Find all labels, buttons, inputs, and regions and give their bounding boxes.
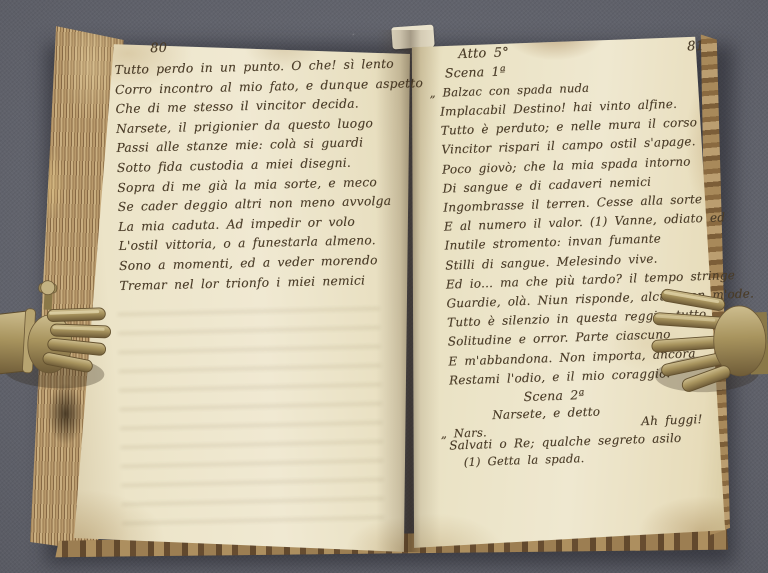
- brass-hand-page-holder-left-icon: [0, 275, 115, 407]
- ink-bleed-through: [118, 307, 385, 525]
- photo-open-manuscript-book: 80 Tutto perdo in un punto. O che! sì le…: [0, 0, 768, 573]
- page-number: 80: [150, 35, 410, 56]
- brass-hand-page-holder-right-icon: [648, 284, 768, 412]
- exclamation-line: Ah fuggi!: [641, 412, 703, 428]
- left-page-lines: Tutto perdo in un punto. O che! sì lento…: [114, 54, 415, 296]
- act-heading: Atto 5°: [458, 45, 509, 62]
- left-page-text: 80 Tutto perdo in un punto. O che! sì le…: [114, 35, 416, 296]
- page-number: 81: [687, 39, 704, 55]
